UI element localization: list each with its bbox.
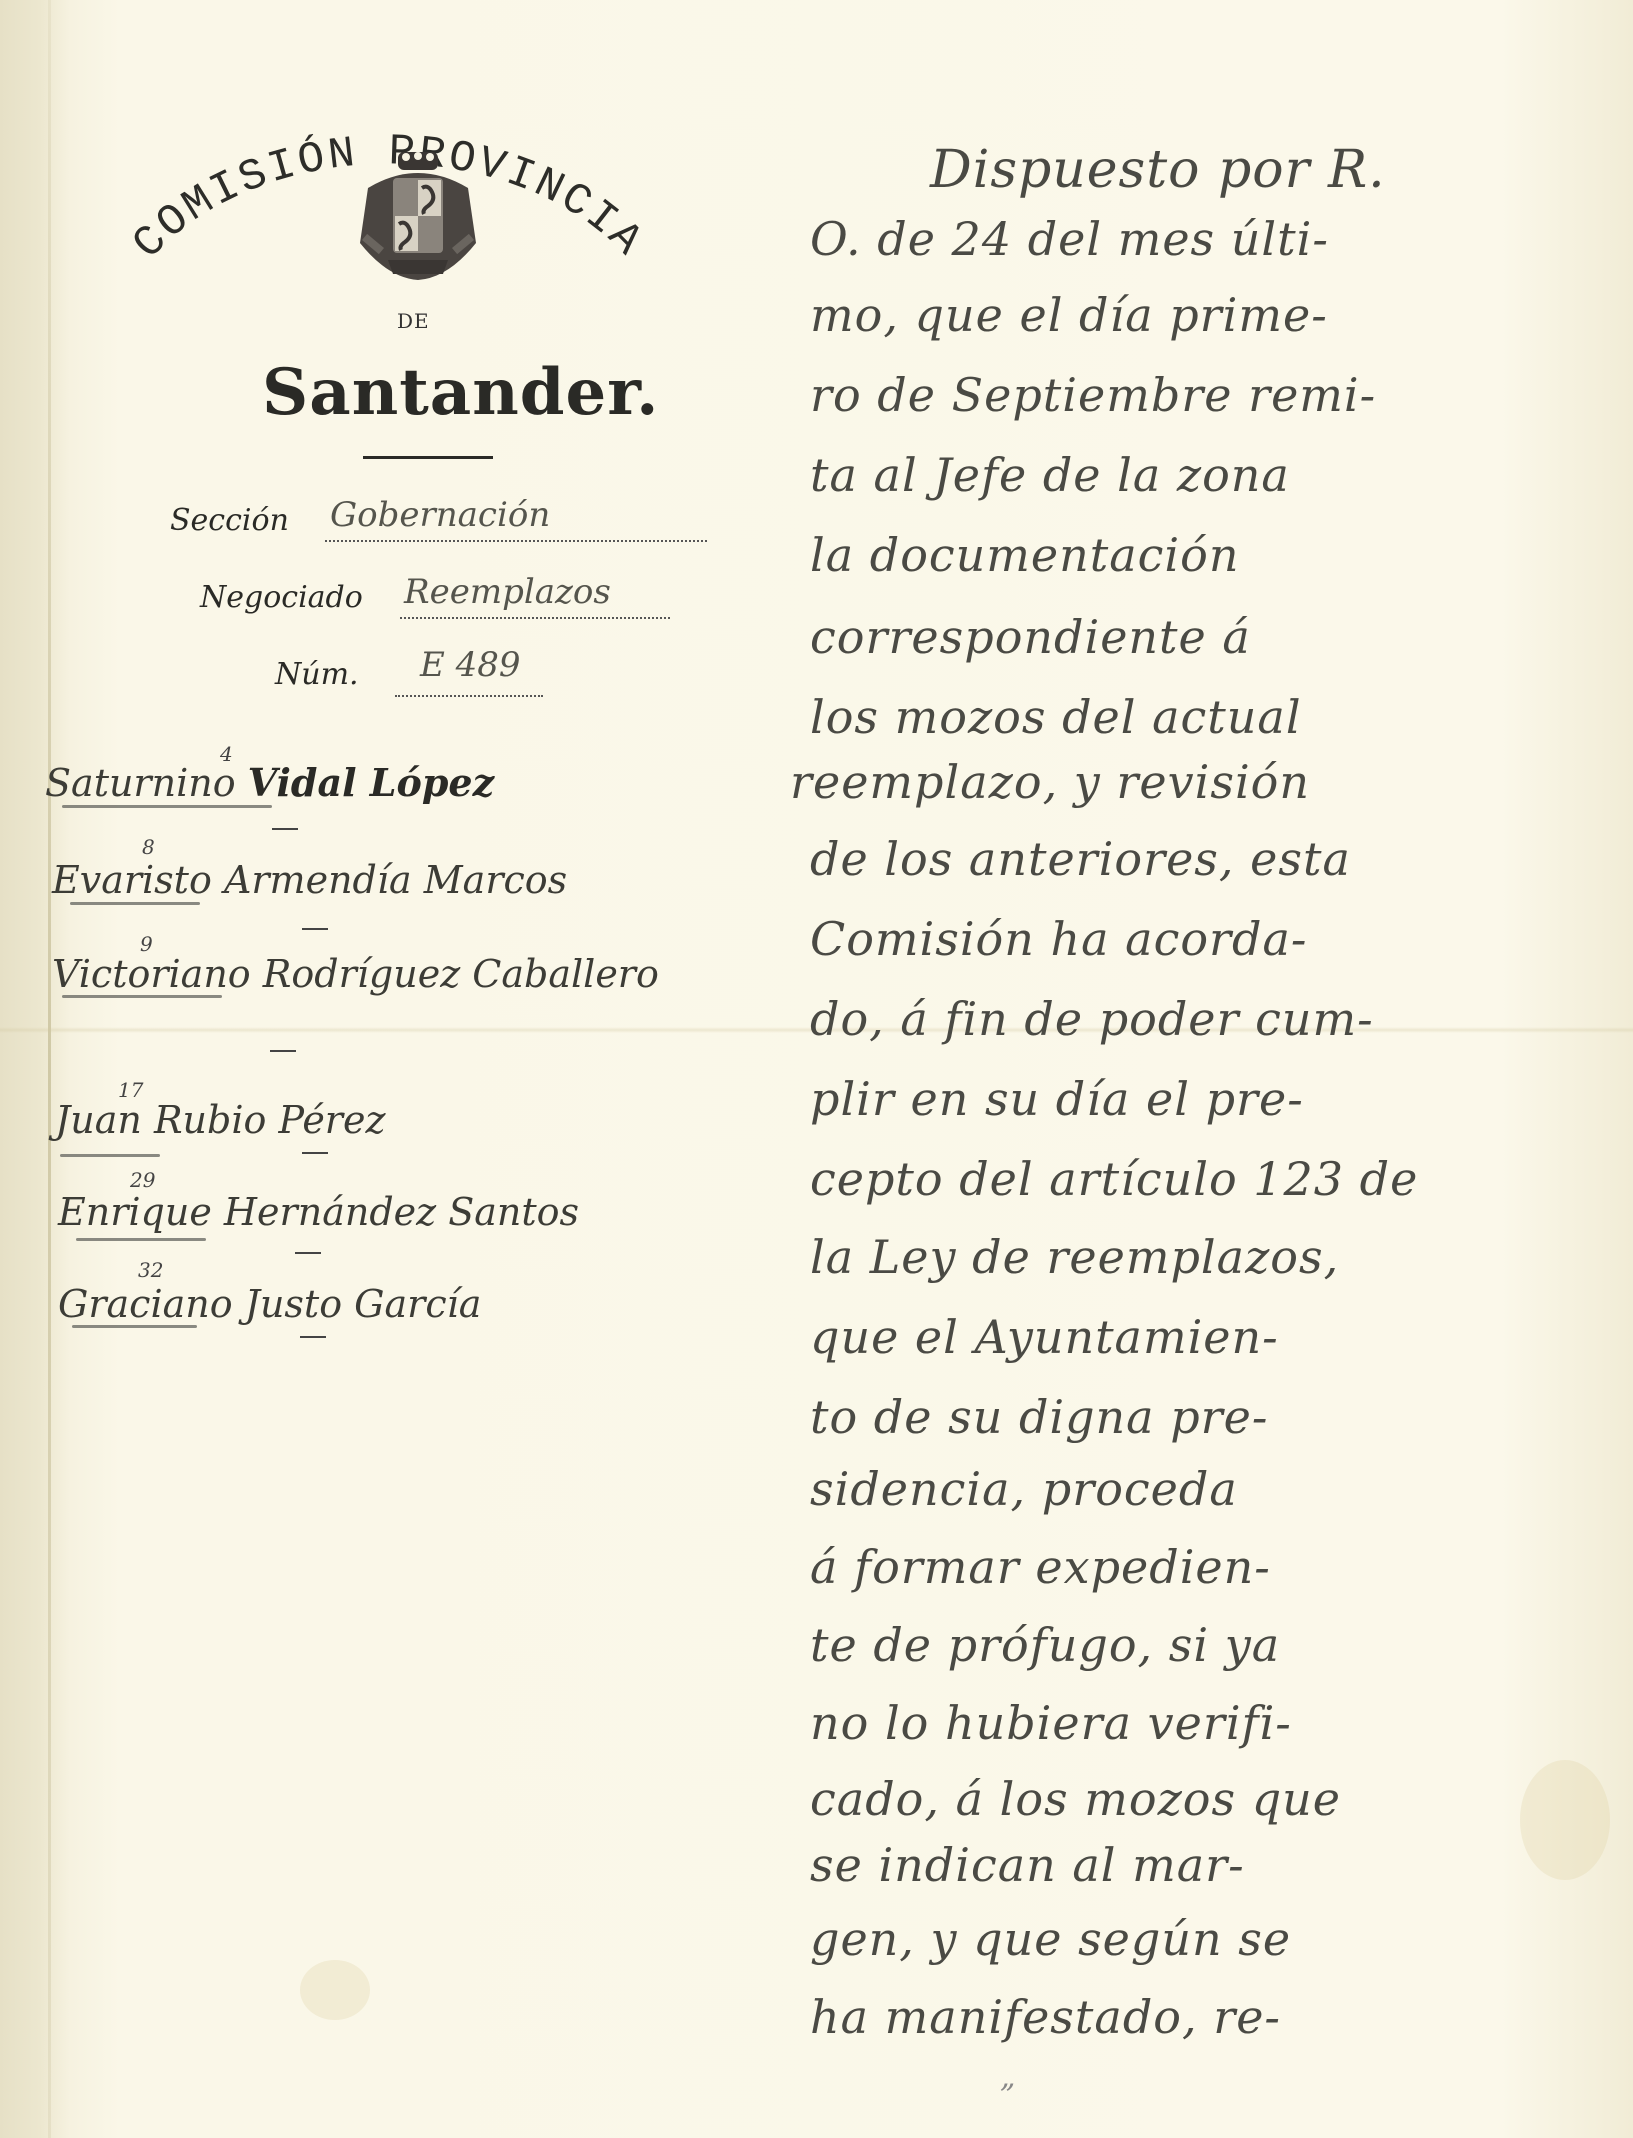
body-line: do, á fin de poder cum- — [810, 992, 1374, 1046]
separator-dash — [272, 828, 298, 830]
field-line-num — [395, 695, 543, 697]
body-line: correspondiente á — [810, 610, 1251, 664]
body-line: ha manifestado, re- — [810, 1990, 1281, 2044]
field-label-negociado: Negociado — [200, 580, 363, 615]
city-title: Santander. — [262, 355, 659, 430]
body-line: to de su digna pre- — [810, 1390, 1268, 1444]
coat-of-arms-icon — [348, 148, 488, 288]
field-line-seccion — [325, 540, 707, 542]
body-line: no lo hubiera verifi- — [810, 1696, 1292, 1750]
name-underline — [62, 805, 272, 808]
surnames: Rubio Pérez — [154, 1098, 386, 1142]
body-line: á formar expedien- — [810, 1540, 1271, 1594]
name-underline — [60, 1154, 160, 1157]
field-line-negociado — [400, 617, 670, 619]
paper-stain — [300, 1960, 370, 2020]
body-line: gen, y que según se — [810, 1912, 1291, 1966]
surnames: Rodríguez Caballero — [263, 952, 659, 996]
body-line: la Ley de reemplazos, — [810, 1230, 1339, 1284]
field-value-seccion: Gobernación — [330, 495, 550, 535]
paper-stain — [1520, 1760, 1610, 1880]
given-name: Saturnino — [45, 761, 236, 805]
given-name: Graciano — [58, 1282, 233, 1326]
body-line: que el Ayuntamien- — [810, 1310, 1279, 1364]
surnames: Justo García — [245, 1282, 482, 1326]
surnames: Hernández Santos — [224, 1190, 579, 1234]
given-name: Enrique — [58, 1190, 212, 1234]
title-rule — [363, 456, 493, 459]
given-name: Juan — [55, 1098, 142, 1142]
name-number: 8 — [142, 835, 155, 859]
separator-dash — [302, 928, 328, 930]
separator-dash — [302, 1152, 328, 1154]
separator-dash — [295, 1252, 321, 1254]
name-underline — [70, 902, 200, 905]
given-name: Victoriano — [52, 952, 251, 996]
field-label-num: Núm. — [275, 657, 359, 692]
body-line: te de prófugo, si ya — [810, 1618, 1280, 1672]
body-line: reemplazo, y revisión — [790, 755, 1310, 809]
name-underline — [76, 1238, 206, 1241]
name-underline — [62, 995, 222, 998]
body-line: cepto del artículo 123 de — [810, 1152, 1418, 1206]
body-line: de los anteriores, esta — [810, 832, 1351, 886]
field-value-num: E 489 — [420, 645, 521, 685]
body-line: plir en su día el pre- — [810, 1072, 1304, 1126]
field-label-seccion: Sección — [170, 503, 289, 538]
separator-dash — [300, 1336, 326, 1338]
name-number: 29 — [130, 1168, 155, 1192]
name-entry: Graciano Justo García — [58, 1282, 481, 1326]
body-line: se indican al mar- — [810, 1838, 1245, 1892]
body-line: los mozos del actual — [810, 690, 1302, 744]
body-line: ro de Septiembre remi- — [810, 368, 1376, 422]
body-line: Comisión ha acorda- — [810, 912, 1307, 966]
surnames: Vidal López — [248, 760, 495, 805]
body-line: ta al Jefe de la zona — [810, 448, 1290, 502]
name-entry: Juan Rubio Pérez — [55, 1098, 385, 1142]
footer-mark: „ — [1000, 2060, 1016, 2095]
separator-dash — [270, 1050, 296, 1052]
body-line: la documentación — [810, 528, 1239, 582]
body-line: O. de 24 del mes últi- — [810, 212, 1329, 266]
body-line: Dispuesto por R. — [930, 140, 1386, 200]
svg-text:COMISIÓN PROVINCIAL: COMISIÓN PROVINCIAL — [0, 0, 653, 270]
body-line: sidencia, proceda — [810, 1462, 1238, 1516]
preposition-de: DE — [397, 309, 430, 333]
name-entry: Evaristo Armendía Marcos — [52, 858, 567, 902]
name-entry: Enrique Hernández Santos — [58, 1190, 579, 1234]
name-entry: Saturnino Vidal López — [45, 760, 494, 805]
field-value-negociado: Reemplazos — [404, 572, 611, 612]
name-underline — [72, 1325, 197, 1328]
surnames: Armendía Marcos — [224, 858, 567, 902]
body-line: cado, á los mozos que — [810, 1772, 1341, 1826]
name-number: 32 — [138, 1258, 163, 1282]
name-entry: Victoriano Rodríguez Caballero — [52, 952, 659, 996]
document-page: COMISIÓN PROVINCIAL DE Santander. Secció… — [0, 0, 1633, 2138]
given-name: Evaristo — [52, 858, 212, 902]
body-line: mo, que el día prime- — [810, 288, 1328, 342]
